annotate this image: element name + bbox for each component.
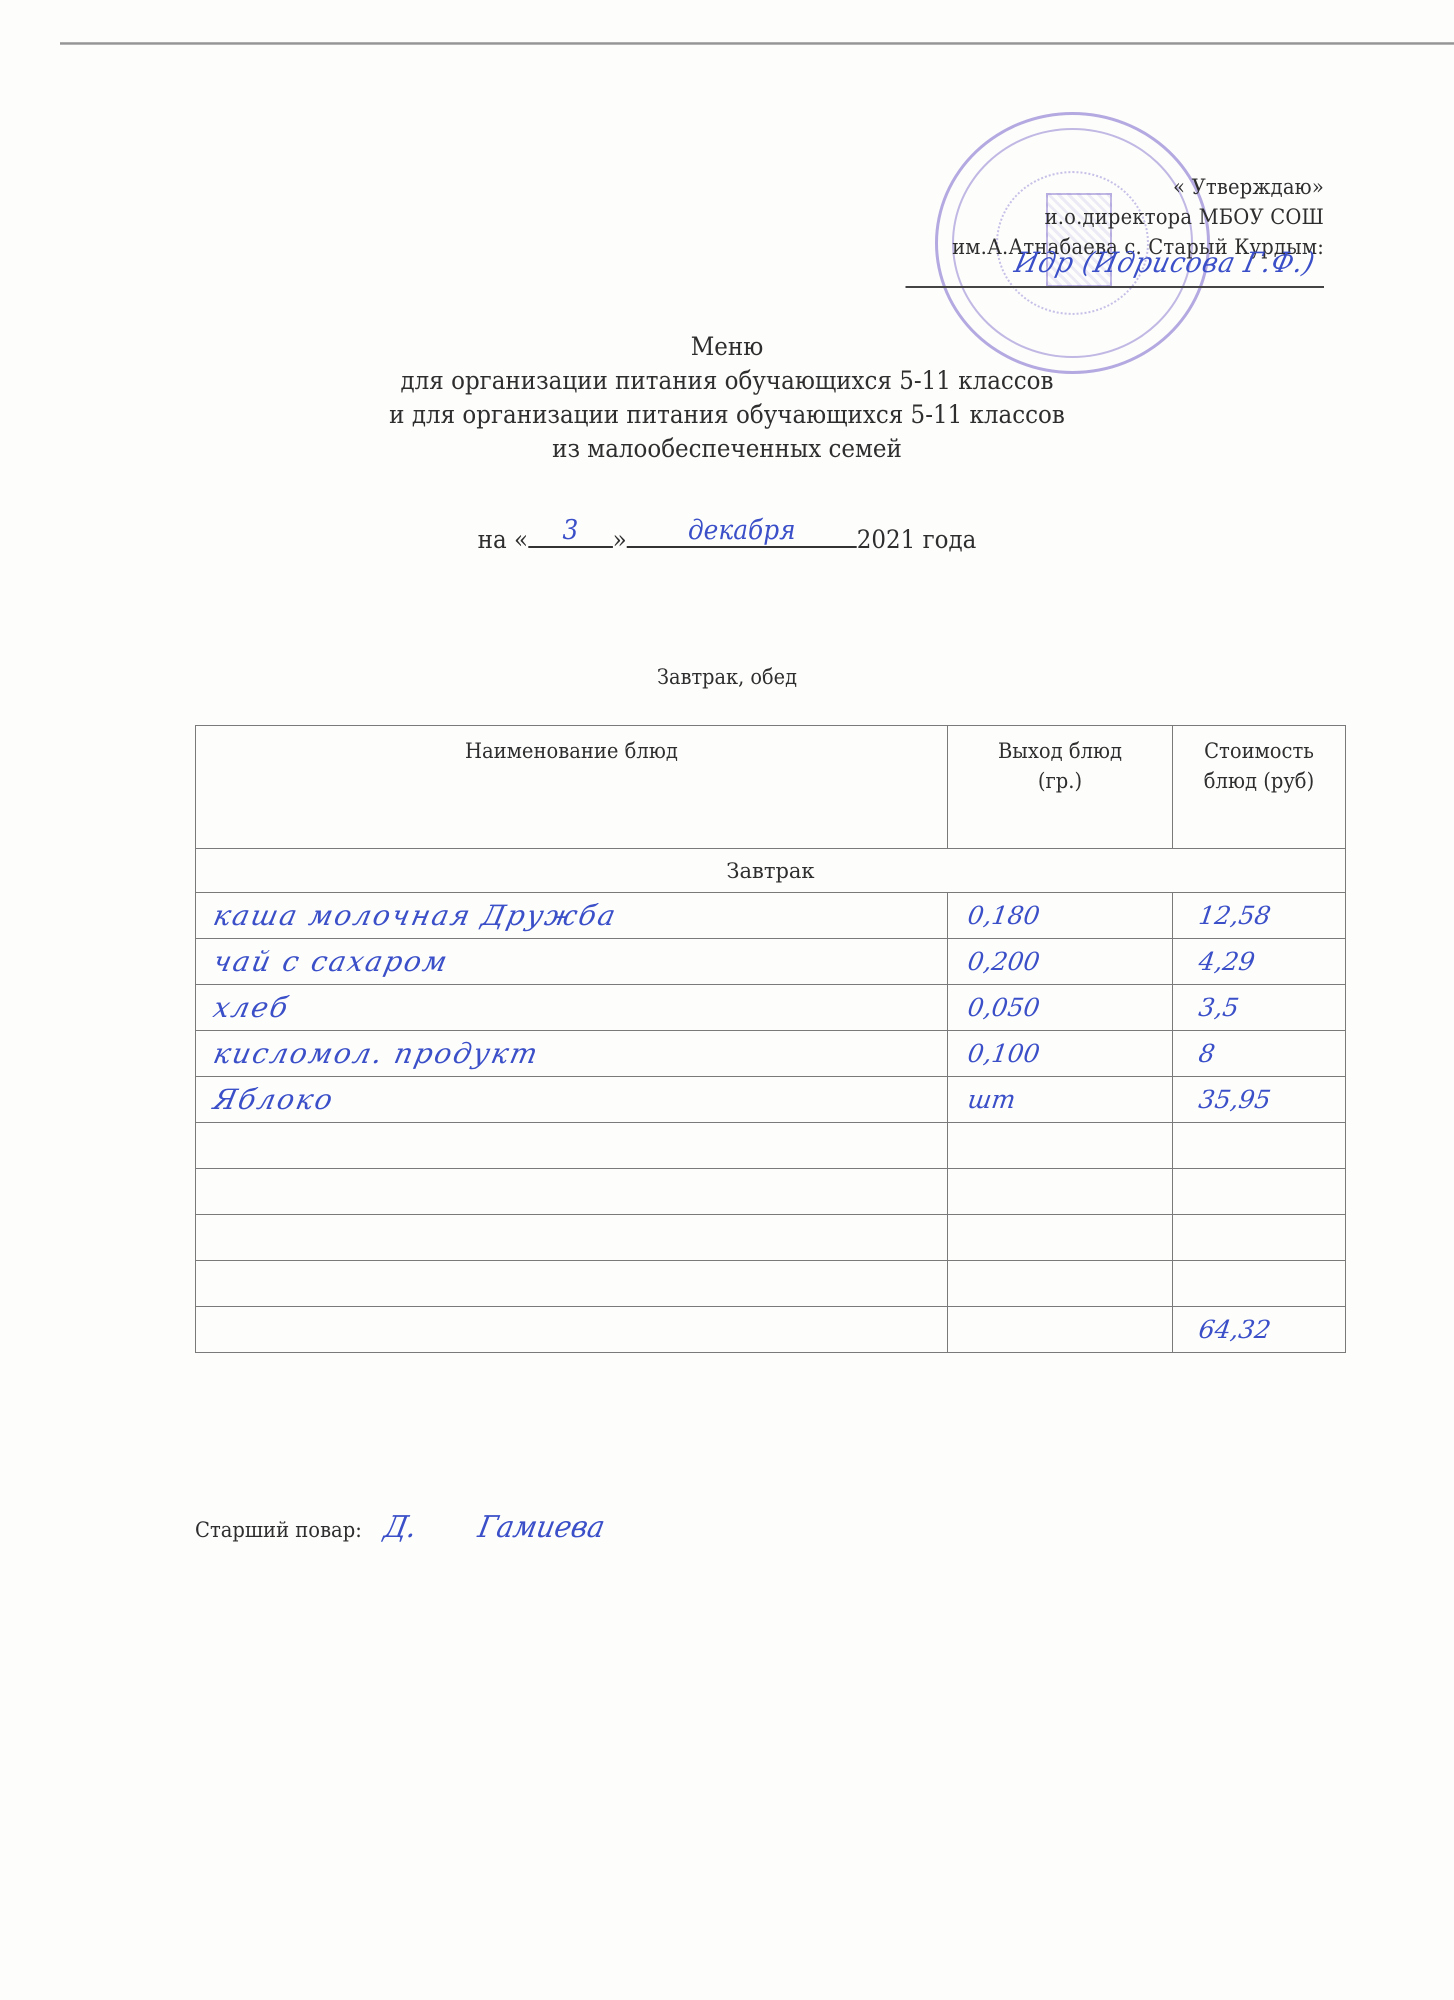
dish-cost-cell-value: 12,58 <box>1197 901 1273 930</box>
approval-position: и.о.директора МБОУ СОШ <box>906 202 1325 232</box>
dish-name-cell <box>196 1123 948 1169</box>
total-empty-cell <box>948 1307 1173 1353</box>
dish-name-cell: кисломол. продукт <box>196 1031 948 1077</box>
dish-cost-cell: 4,29 <box>1173 939 1346 985</box>
dish-cost-cell: 12,58 <box>1173 893 1346 939</box>
dish-output-cell-value: 0,200 <box>966 947 1042 976</box>
table-header-row: Наименование блюд Выход блюд (гр.) Стоим… <box>196 726 1346 849</box>
approval-block: « Утверждаю» и.о.директора МБОУ СОШ им.А… <box>906 172 1325 288</box>
document-title: Меню для организации питания обучающихся… <box>0 330 1454 466</box>
dish-output-cell: шт <box>948 1077 1173 1123</box>
approval-signature-line: Идр (Идрисова Г.Ф.) <box>906 272 1325 288</box>
dish-output-cell <box>948 1215 1173 1261</box>
title-line-3: и для организации питания обучающихся 5-… <box>58 398 1396 432</box>
dish-output-cell <box>948 1123 1173 1169</box>
dish-output-cell-value: шт <box>966 1085 1017 1114</box>
title-line-1: Меню <box>58 330 1396 364</box>
date-prefix: на « <box>478 525 528 554</box>
date-mid: » <box>613 525 627 554</box>
date-line: на «3»декабря2021 года <box>58 520 1396 554</box>
table-row <box>196 1123 1346 1169</box>
menu-table: Наименование блюд Выход блюд (гр.) Стоим… <box>195 725 1346 1353</box>
dish-cost-cell: 3,5 <box>1173 985 1346 1031</box>
dish-name-cell: Яблоко <box>196 1077 948 1123</box>
title-line-4: из малообеспеченных семей <box>58 432 1396 466</box>
dish-name-cell-value: каша молочная Дружба <box>210 899 620 932</box>
director-signature: Идр (Идрисова Г.Ф.) <box>1012 248 1318 278</box>
table-row <box>196 1215 1346 1261</box>
table-row: Яблокошт35,95 <box>196 1077 1346 1123</box>
table-row: чай с сахаром0,2004,29 <box>196 939 1346 985</box>
dish-output-cell <box>948 1261 1173 1307</box>
dish-name-cell <box>196 1169 948 1215</box>
dish-name-cell-value: Яблоко <box>210 1083 337 1116</box>
dish-output-cell-value: 0,180 <box>966 901 1042 930</box>
dish-name-cell: хлеб <box>196 985 948 1031</box>
dish-output-cell: 0,200 <box>948 939 1173 985</box>
date-suffix: 2021 года <box>857 525 977 554</box>
title-line-2: для организации питания обучающихся 5-11… <box>58 364 1396 398</box>
dish-cost-cell-value: 8 <box>1197 1039 1217 1068</box>
dish-output-cell: 0,100 <box>948 1031 1173 1077</box>
cook-label: Старший повар: <box>195 1518 362 1542</box>
dish-output-cell: 0,050 <box>948 985 1173 1031</box>
dish-output-cell-value: 0,050 <box>966 993 1042 1022</box>
cook-initial: Д. <box>381 1510 419 1545</box>
dish-cost-cell-value: 3,5 <box>1197 993 1241 1022</box>
total-empty-cell <box>196 1307 948 1353</box>
date-month: декабря <box>627 515 857 546</box>
table-row: каша молочная Дружба0,18012,58 <box>196 893 1346 939</box>
dish-name-cell: каша молочная Дружба <box>196 893 948 939</box>
dish-cost-cell <box>1173 1261 1346 1307</box>
dish-cost-cell-value: 4,29 <box>1197 947 1257 976</box>
dish-name-cell-value: хлеб <box>210 991 292 1024</box>
table-row: хлеб0,0503,5 <box>196 985 1346 1031</box>
cook-signature: Гамиева <box>475 1510 608 1545</box>
dish-cost-cell <box>1173 1215 1346 1261</box>
total-cost-cell: 64,32 <box>1173 1307 1346 1353</box>
section-row-breakfast: Завтрак <box>196 849 1346 893</box>
total-row: 64,32 <box>196 1307 1346 1353</box>
dish-name-cell <box>196 1215 948 1261</box>
date-month-field: декабря <box>627 520 857 548</box>
date-day-field: 3 <box>528 520 613 548</box>
dish-name-cell: чай с сахаром <box>196 939 948 985</box>
section-label: Завтрак <box>196 849 1346 893</box>
dish-name-cell-value: чай с сахаром <box>210 945 451 978</box>
header-cost: Стоимость блюд (руб) <box>1173 726 1346 849</box>
total-cost-cell-value: 64,32 <box>1197 1315 1273 1344</box>
header-output: Выход блюд (гр.) <box>948 726 1173 849</box>
dish-output-cell-value: 0,100 <box>966 1039 1042 1068</box>
dish-name-cell <box>196 1261 948 1307</box>
date-day: 3 <box>528 515 613 546</box>
dish-cost-cell: 35,95 <box>1173 1077 1346 1123</box>
dish-cost-cell <box>1173 1169 1346 1215</box>
approval-heading: « Утверждаю» <box>906 172 1325 202</box>
table-row: кисломол. продукт0,1008 <box>196 1031 1346 1077</box>
top-rule <box>60 42 1454 45</box>
dish-output-cell: 0,180 <box>948 893 1173 939</box>
meal-section-title: Завтрак, обед <box>58 665 1396 689</box>
dish-cost-cell-value: 35,95 <box>1197 1085 1273 1114</box>
cook-signature-block: Старший повар: Д. Гамиева <box>195 1510 604 1545</box>
header-dish-name: Наименование блюд <box>196 726 948 849</box>
dish-cost-cell <box>1173 1123 1346 1169</box>
dish-name-cell-value: кисломол. продукт <box>210 1037 542 1070</box>
table-row <box>196 1261 1346 1307</box>
table-row <box>196 1169 1346 1215</box>
dish-output-cell <box>948 1169 1173 1215</box>
dish-cost-cell: 8 <box>1173 1031 1346 1077</box>
